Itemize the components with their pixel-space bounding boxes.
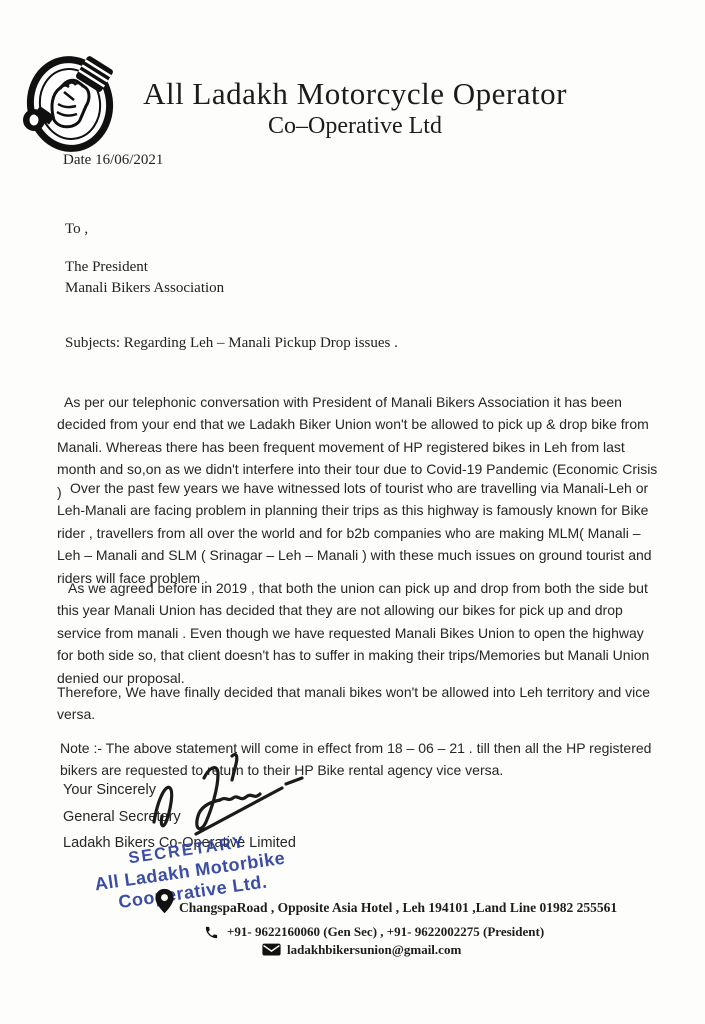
body-paragraph-3: As we agreed before in 2019 , that both … [57,577,659,689]
email-line: ladakhbikersunion@gmail.com [287,942,461,958]
address-line: ChangspaRoad , Opposite Asia Hotel , Leh… [179,900,617,916]
phone-line: +91- 9622160060 (Gen Sec) , +91- 9622002… [227,924,544,940]
body-paragraph-2: Over the past few years we have witnesse… [57,477,659,589]
location-pin-icon [154,888,175,914]
recipient-block: The President Manali Bikers Association [65,257,224,299]
recipient-salutation: To , [65,221,88,238]
org-name: All Ladakh Motorcycle Operator [40,76,670,112]
email-icon [262,943,281,956]
body-paragraph-4: Therefore, We have finally decided that … [57,681,659,726]
recipient-title: The President [65,257,224,278]
phone-icon [204,925,219,940]
org-subtitle: Co–Operative Ltd [40,113,670,140]
subject-line: Subjects: Regarding Leh – Manali Pickup … [65,335,398,352]
letter-page: All Ladakh Motorcycle Operator Co–Operat… [0,0,705,1024]
date-line: Date 16/06/2021 [63,152,163,169]
recipient-org: Manali Bikers Association [65,278,224,299]
